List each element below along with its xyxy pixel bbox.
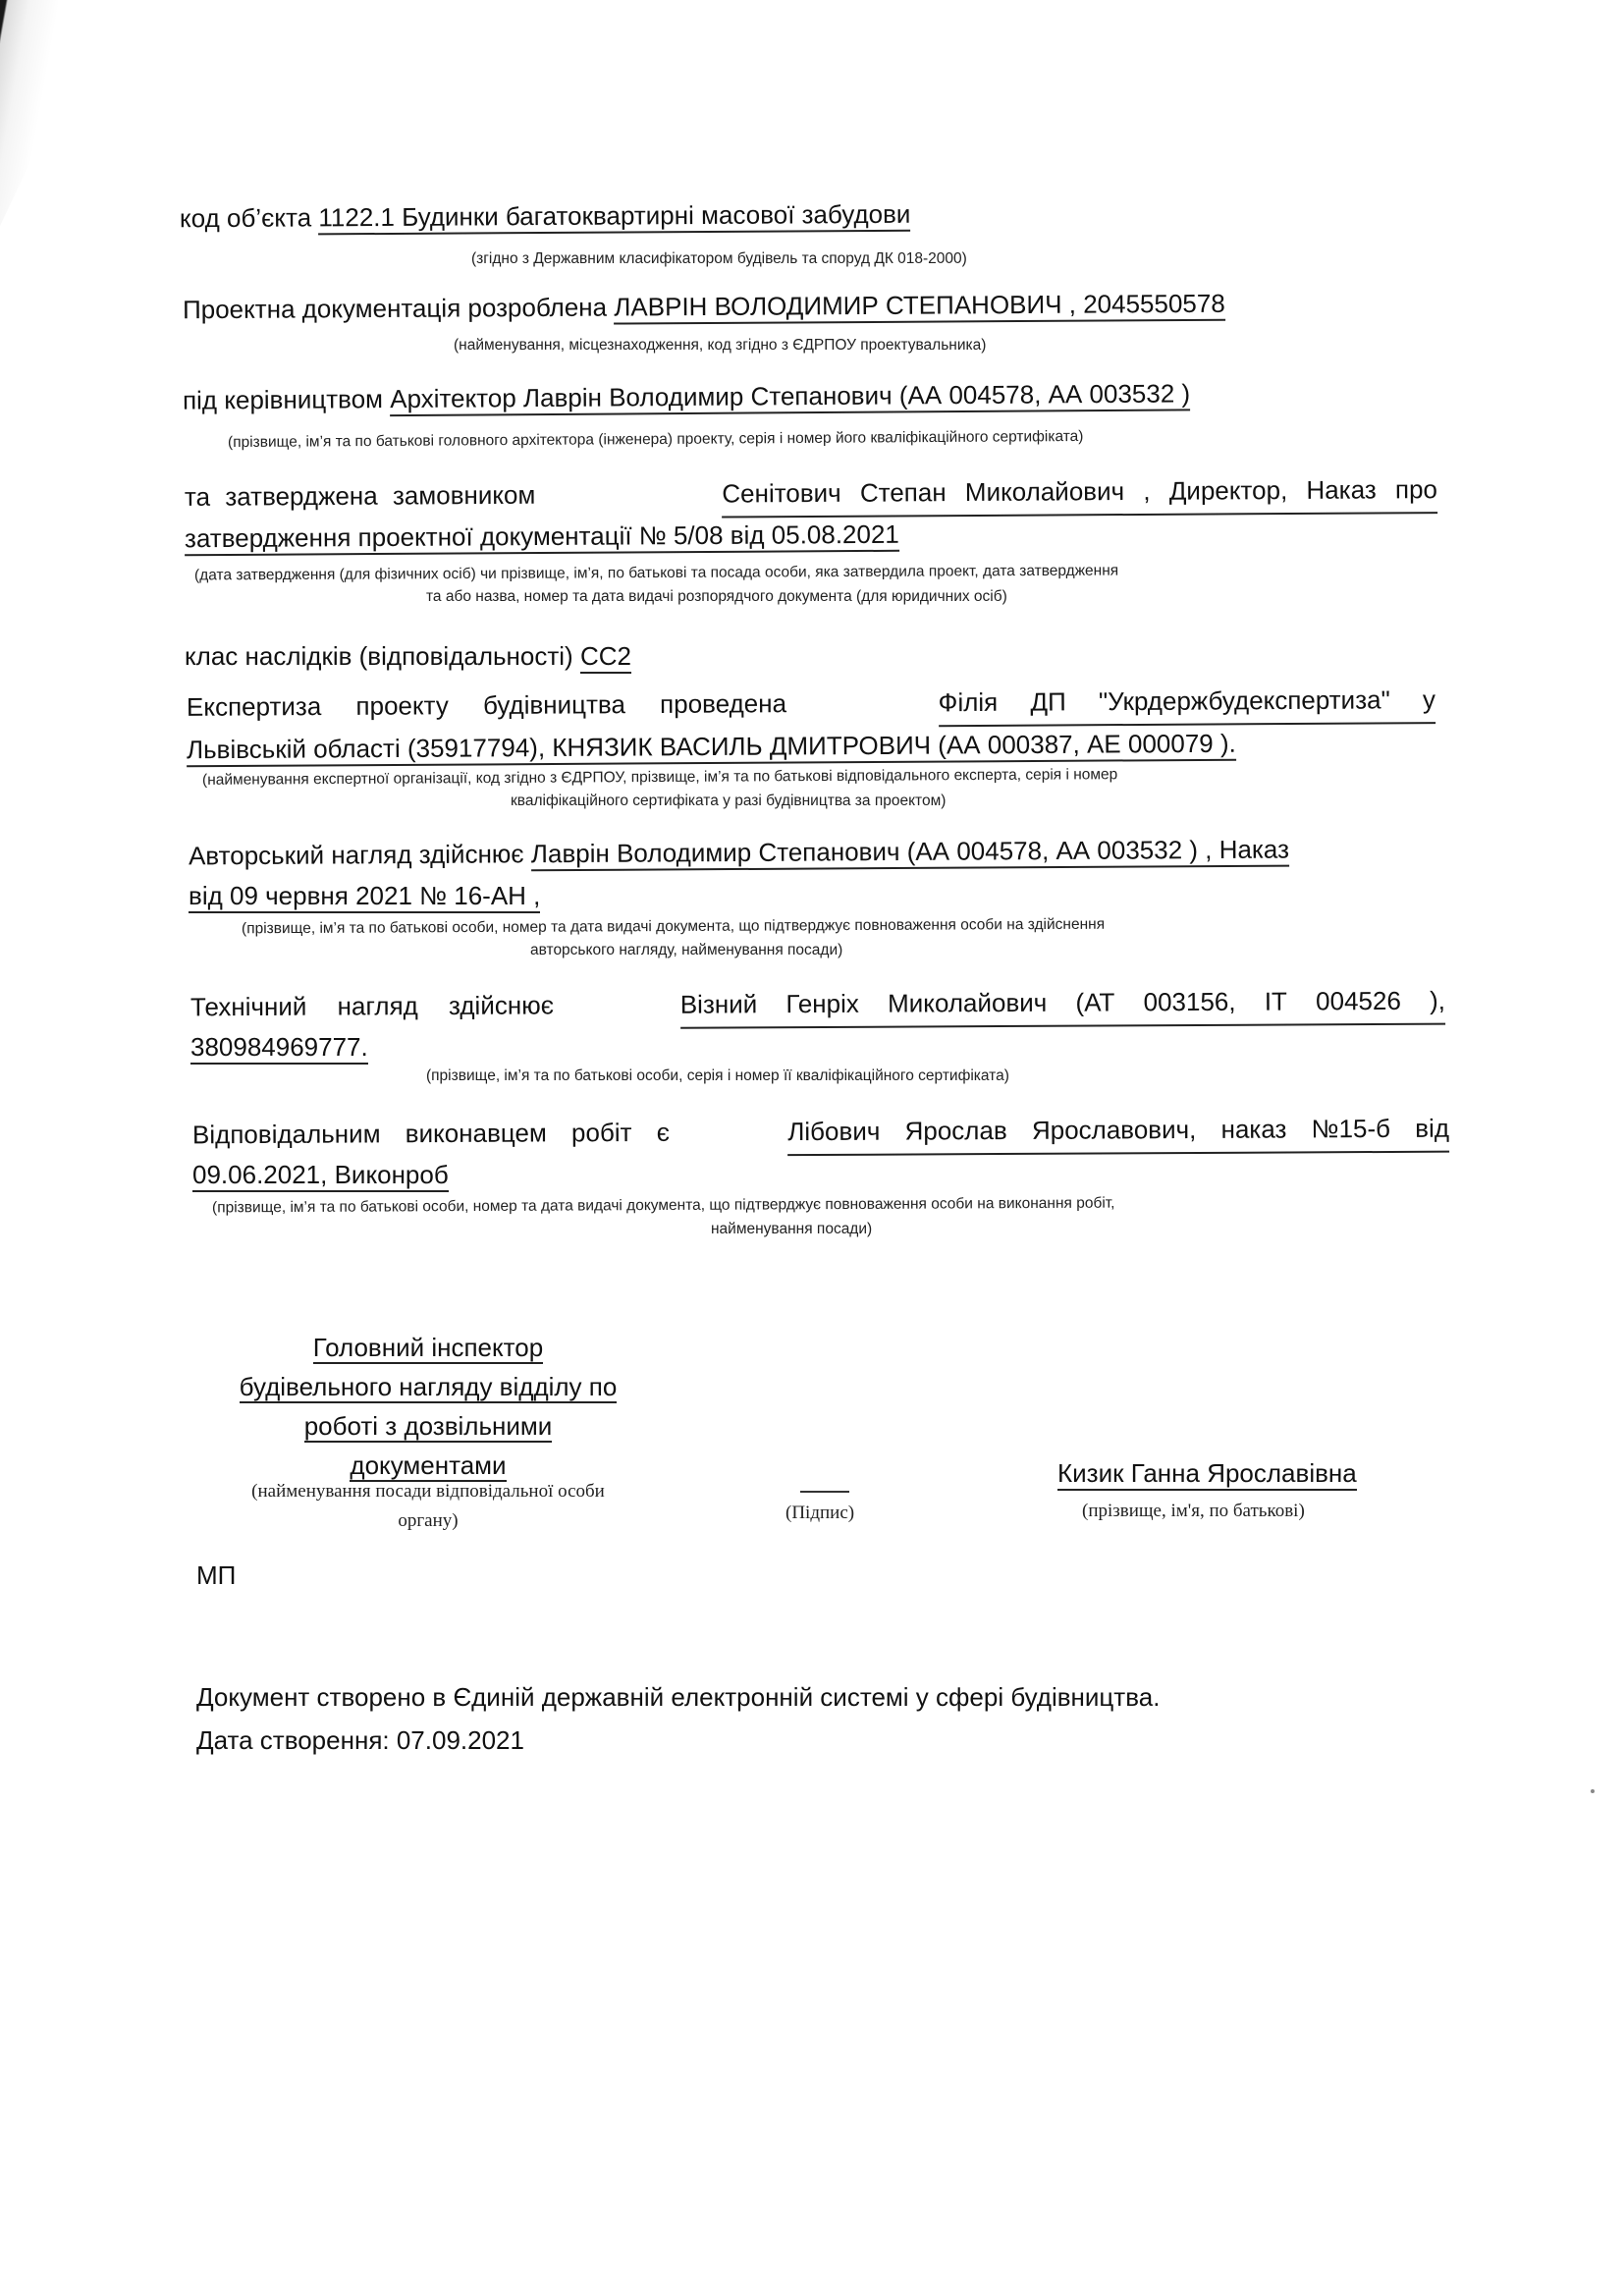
responsible-executor-note-2: найменування посади) bbox=[711, 1218, 872, 1241]
technical-supervision-label: Технічний нагляд здійснює bbox=[190, 983, 554, 1031]
supervision-note: (прізвище, ім’я та по батькові головного… bbox=[228, 425, 1084, 455]
signatory-position-line-1: Головний інспектор bbox=[313, 1333, 543, 1364]
author-supervision-label: Авторський нагляд здійснює bbox=[189, 839, 524, 870]
technical-supervision-value-1: Візний Генріх Миколайович (АТ 003156, ІТ… bbox=[680, 979, 1445, 1029]
design-docs-label: Проектна документація розроблена bbox=[183, 293, 607, 325]
signatory-name-note: (прізвище, ім'я, по батькові) bbox=[1082, 1497, 1305, 1526]
signature-line bbox=[800, 1491, 849, 1493]
technical-supervision-note: (прізвище, ім’я та по батькові особи, се… bbox=[426, 1065, 1009, 1088]
signatory-position-note-1: (найменування посади відповідальної особ… bbox=[194, 1477, 662, 1506]
responsible-executor-value-1: Лібович Ярослав Ярославович, наказ №15-б… bbox=[787, 1107, 1449, 1157]
approved-value-1: Сенітович Степан Миколайович , Директор,… bbox=[722, 467, 1437, 518]
stamp-label: МП bbox=[196, 1554, 236, 1597]
system-note: Документ створено в Єдиній державній еле… bbox=[196, 1675, 1160, 1719]
object-code-line: код об’єкта 1122.1 Будинки багатоквартир… bbox=[180, 192, 911, 241]
author-supervision-value-1: Лаврін Володимир Степанович (АА 004578, … bbox=[531, 835, 1289, 872]
supervision-label: під керівництвом bbox=[183, 384, 383, 414]
responsible-executor-line-1: Відповідальним виконавцем робіт є Лібови… bbox=[192, 1107, 1449, 1160]
author-supervision-note-2: авторського нагляду, найменування посади… bbox=[530, 939, 842, 962]
signatory-name-value: Кизик Ганна Ярославівна bbox=[1057, 1458, 1357, 1491]
object-code-note: (згідно з Державним класифікатором будів… bbox=[471, 247, 967, 271]
expertise-note-1: (найменування експертної організації, ко… bbox=[202, 763, 1117, 793]
technical-supervision-value-2: 380984969777. bbox=[190, 1032, 368, 1065]
expertise-value-2: Львівській області (35917794), КНЯЗИК ВА… bbox=[187, 729, 1236, 768]
signatory-position-note-2: органу) bbox=[194, 1506, 662, 1536]
scan-speck bbox=[1591, 1789, 1595, 1793]
approved-line-2: затвердження проектної документації № 5/… bbox=[185, 513, 899, 560]
technical-supervision-line-1: Технічний нагляд здійснює Візний Генріх … bbox=[190, 979, 1445, 1032]
design-docs-note: (найменування, місцезнаходження, код згі… bbox=[454, 334, 986, 357]
expertise-value-1: Філія ДП "Укрдержбудекспертиза" у bbox=[938, 678, 1435, 727]
author-supervision-value-2: від 09 червня 2021 № 16-АН , bbox=[189, 881, 540, 913]
approved-note-1: (дата затвердження (для фізичних осіб) ч… bbox=[194, 560, 1118, 588]
design-docs-value: ЛАВРІН ВОЛОДИМИР СТЕПАНОВИЧ , 2045550578 bbox=[614, 289, 1225, 325]
supervision-line: під керівництвом Архітектор Лаврін Волод… bbox=[183, 371, 1190, 421]
design-docs-line: Проектна документація розроблена ЛАВРІН … bbox=[183, 282, 1225, 331]
signatory-position-line-3: роботі з дозвільними bbox=[304, 1411, 553, 1443]
author-supervision-line-1: Авторський нагляд здійснює Лаврін Володи… bbox=[189, 828, 1289, 878]
responsible-executor-value-2: 09.06.2021, Виконроб bbox=[192, 1160, 449, 1192]
consequence-class-value: СС2 bbox=[580, 641, 631, 674]
consequence-class-label: клас наслідків (відповідальності) bbox=[185, 641, 573, 671]
responsible-executor-label: Відповідальним виконавцем робіт є bbox=[192, 1111, 670, 1160]
approved-value-2: затвердження проектної документації № 5/… bbox=[185, 519, 899, 556]
author-supervision-note-1: (прізвище, ім’я та по батькові особи, но… bbox=[242, 913, 1105, 942]
document-page: код об’єкта 1122.1 Будинки багатоквартир… bbox=[0, 0, 1624, 2296]
approved-note-2: та або назва, номер та дата видачі розпо… bbox=[426, 585, 1007, 609]
author-supervision-line-2: від 09 червня 2021 № 16-АН , bbox=[189, 874, 540, 917]
supervision-value: Архітектор Лаврін Володимир Степанович (… bbox=[390, 378, 1190, 416]
creation-date: Дата створення: 07.09.2021 bbox=[196, 1719, 524, 1762]
signature-note: (Підпис) bbox=[785, 1499, 854, 1528]
object-code-value: 1122.1 Будинки багатоквартирні масової з… bbox=[318, 199, 910, 236]
expertise-note-2: кваліфікаційного сертифіката у разі буді… bbox=[511, 790, 946, 813]
responsible-executor-note-1: (прізвище, ім’я та по батькові особи, но… bbox=[212, 1192, 1115, 1221]
signatory-position: Головний інспектор будівельного нагляду … bbox=[192, 1328, 664, 1485]
signatory-position-line-2: будівельного нагляду відділу по bbox=[240, 1372, 618, 1403]
technical-supervision-line-2: 380984969777. bbox=[190, 1025, 368, 1068]
signatory-position-note: (найменування посади відповідальної особ… bbox=[194, 1477, 662, 1536]
responsible-executor-line-2: 09.06.2021, Виконроб bbox=[192, 1153, 449, 1196]
object-code-label: код об’єкта bbox=[180, 202, 311, 233]
consequence-class-line: клас наслідків (відповідальності) СС2 bbox=[185, 634, 631, 678]
signatory-name: Кизик Ганна Ярославівна bbox=[1057, 1451, 1357, 1495]
